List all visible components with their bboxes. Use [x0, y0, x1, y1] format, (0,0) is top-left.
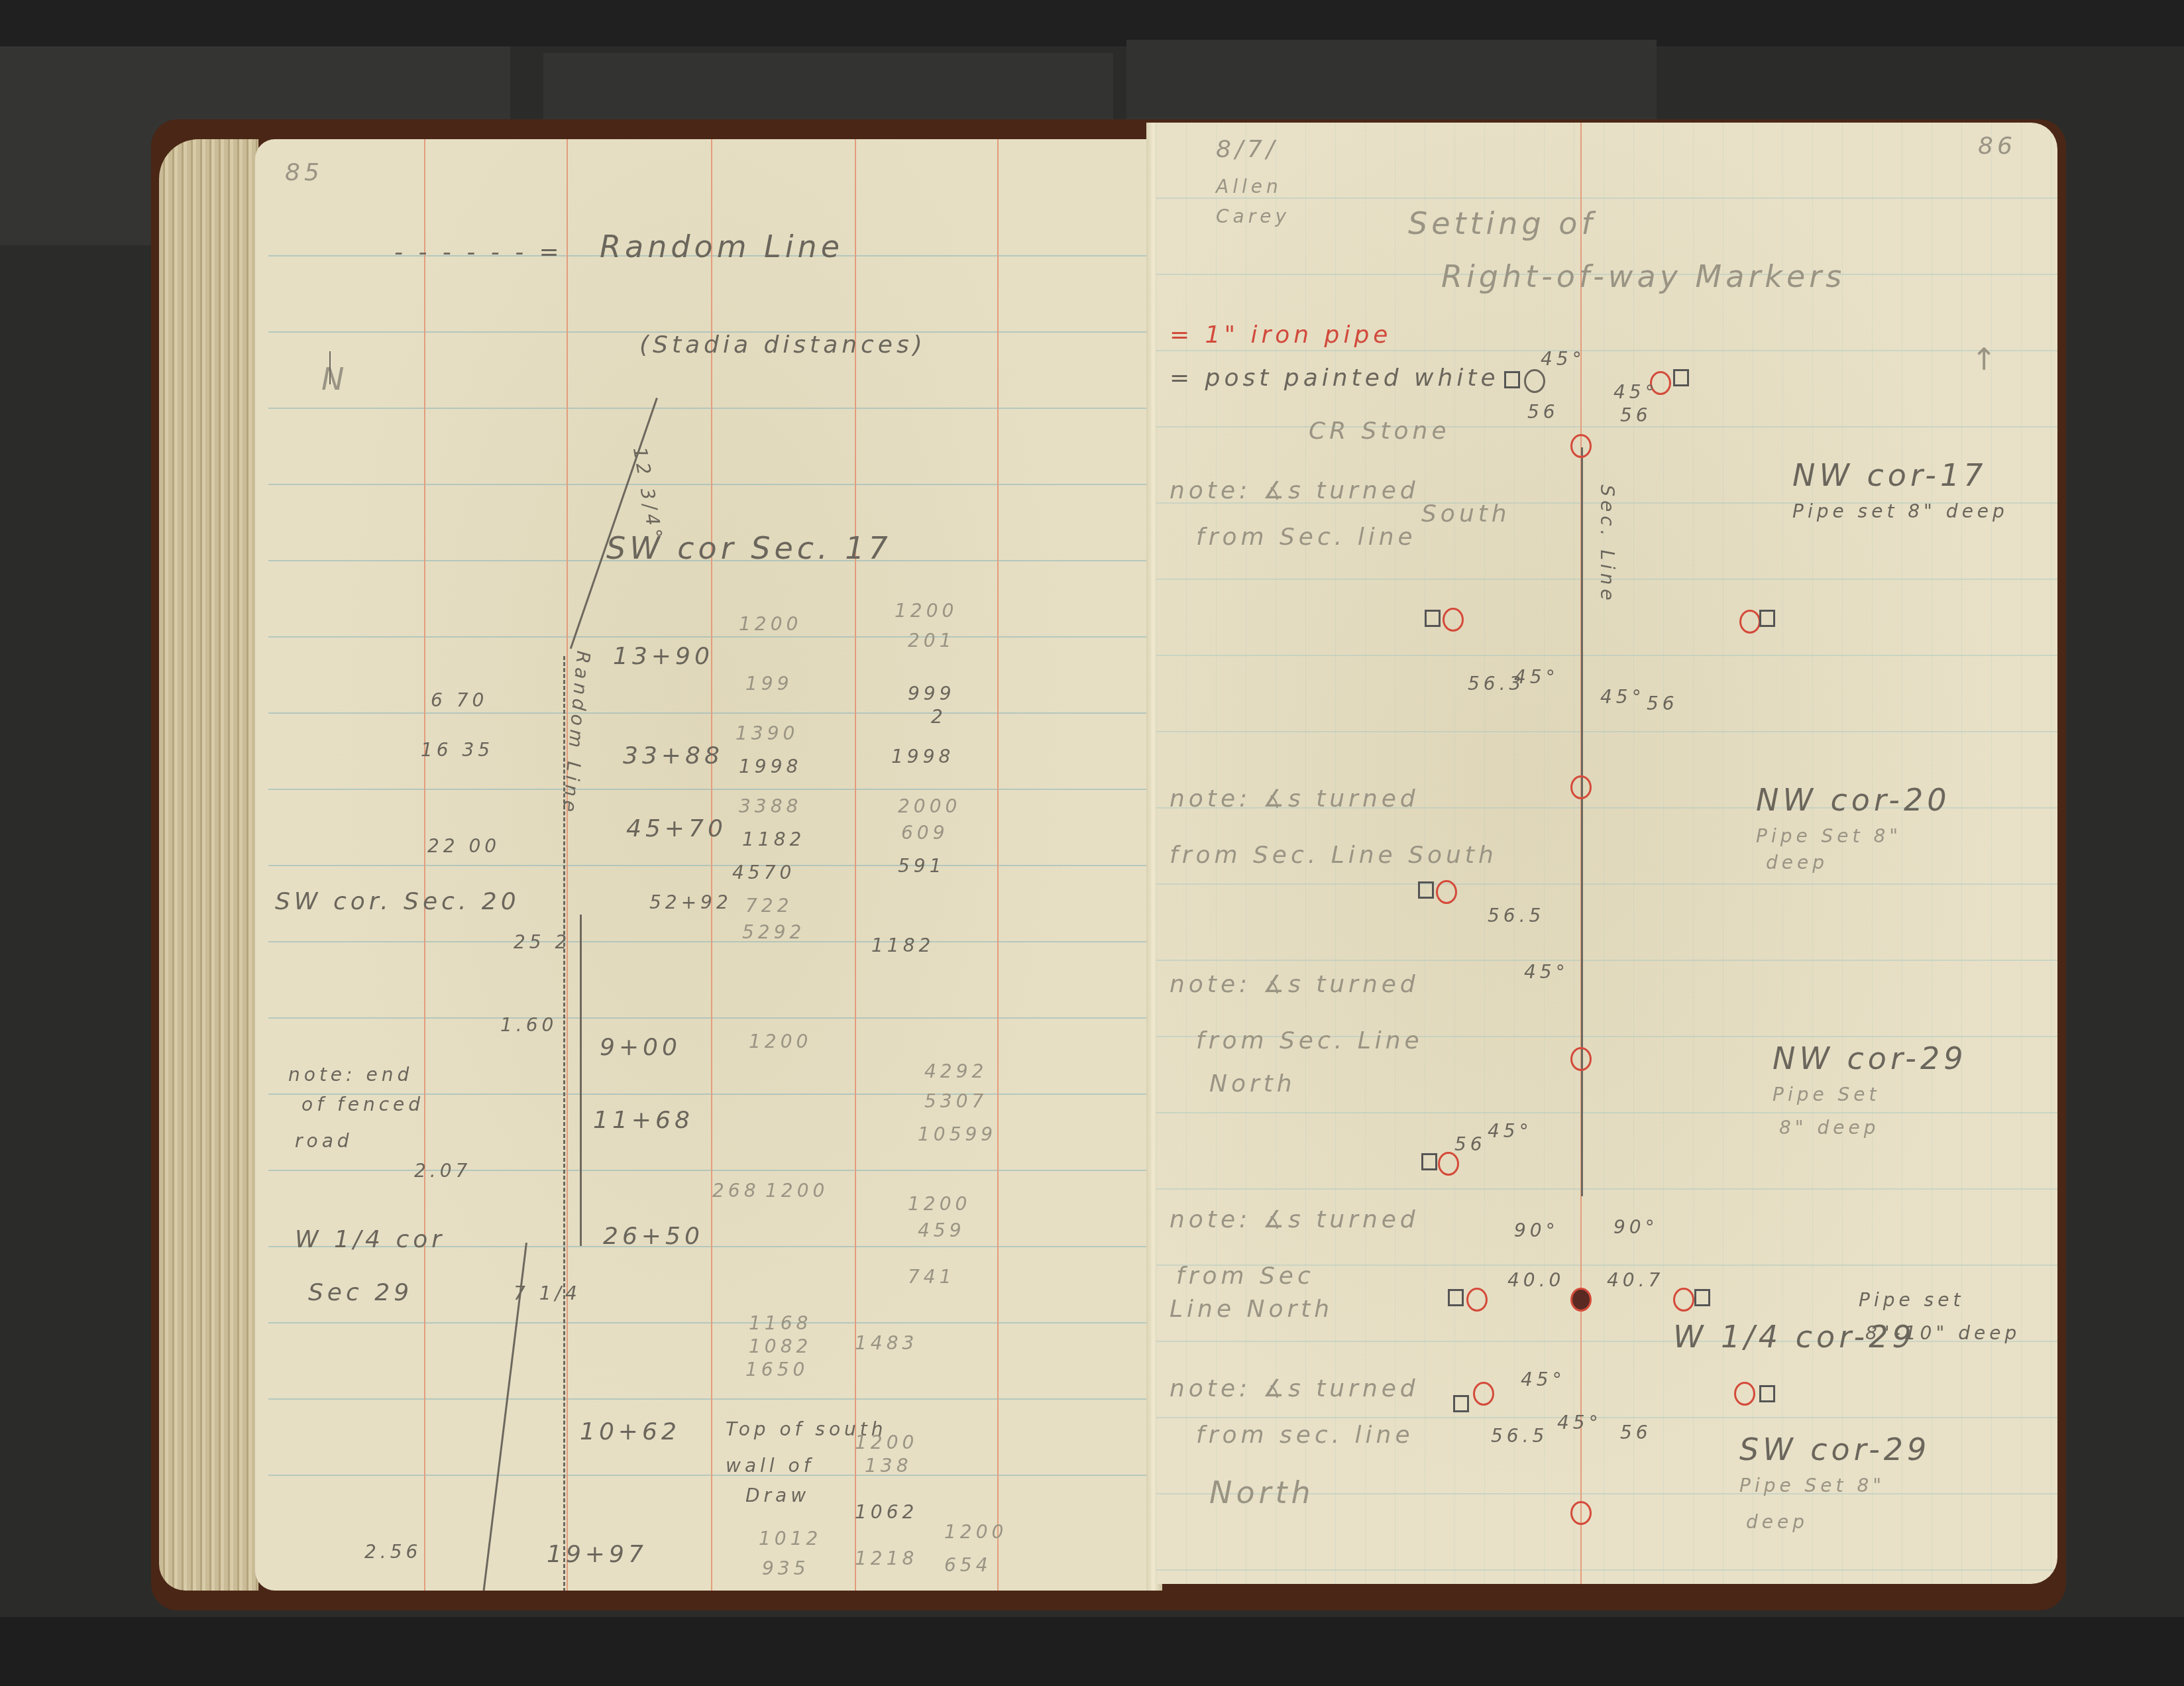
side-note: from sec. line: [1196, 1422, 1414, 1449]
iron-pipe-marker-icon: [1673, 1288, 1694, 1312]
corner-note: deep: [1746, 1511, 1808, 1533]
computation: 4292: [924, 1060, 987, 1082]
ruling-line: [268, 712, 1150, 714]
side-note: North: [1209, 1070, 1296, 1097]
post-marker-icon: [1421, 1153, 1437, 1170]
column-rule: [997, 139, 999, 1591]
angle-label: 45°: [1541, 348, 1586, 370]
computation: 935: [762, 1557, 809, 1579]
ruling-line: [268, 408, 1150, 409]
north-arrow-label: N: [321, 361, 348, 397]
side-note: from Sec. Line: [1196, 1027, 1423, 1054]
offset-value: 2.56: [364, 1541, 421, 1563]
sw-cor-sec-17-label: SW cor Sec. 17: [606, 530, 892, 566]
corner-note: deep: [1766, 852, 1828, 873]
distance-label: 56: [1620, 1422, 1652, 1443]
legend-post-painted: = post painted white: [1170, 365, 1500, 392]
post-marker-icon: [1448, 1289, 1464, 1306]
computation: 1200: [944, 1521, 1007, 1543]
offset-value: 6 70: [431, 689, 488, 711]
post-marker-icon: [1673, 369, 1689, 386]
background-top-band: [0, 0, 2184, 46]
side-note: note: ∡s turned: [1170, 1206, 1419, 1233]
header-title: Setting of: [1408, 205, 1596, 241]
ruling-line: [268, 1398, 1150, 1400]
corner-pipe-icon: [1570, 775, 1592, 799]
station-26-50: 26+50: [603, 1223, 704, 1250]
side-note: note: ∡s turned: [1170, 477, 1419, 504]
corner-note: Pipe Set 8": [1756, 825, 1902, 847]
post-marker-icon: [1418, 881, 1434, 899]
note-fenced-road: note: end: [288, 1064, 413, 1086]
computation: 1998: [891, 746, 954, 767]
angle-label: 45°: [1488, 1120, 1533, 1142]
computation: 1200: [749, 1031, 812, 1052]
section-line-label: Sec. Line: [1596, 484, 1618, 604]
computation: 1168: [749, 1312, 812, 1334]
computation: 722: [745, 895, 792, 917]
sw-cor-sec-20-label: SW cor. Sec. 20: [275, 888, 520, 915]
distance-label: 56.5: [1491, 1425, 1548, 1447]
ruling-line: [268, 789, 1150, 790]
computation: 741: [908, 1266, 955, 1288]
legend-subtitle: (Stadia distances): [639, 331, 926, 359]
ruling-line: [268, 1475, 1150, 1476]
distance-label: 56.3: [1468, 673, 1525, 695]
corner-note: 8"-10" deep: [1865, 1322, 2020, 1344]
page-number: 86: [1978, 133, 2016, 160]
computation: 5292: [742, 921, 805, 943]
computation: 1200: [765, 1180, 828, 1202]
computation: 1483: [855, 1332, 918, 1354]
iron-pipe-marker-icon: [1436, 880, 1457, 904]
drawing-note: wall of: [726, 1455, 814, 1477]
iron-pipe-marker-icon: [1443, 608, 1464, 632]
angle-label: 90°: [1613, 1216, 1659, 1238]
side-note: Line North: [1170, 1296, 1333, 1323]
computation: 138: [865, 1455, 912, 1477]
iron-pipe-marker-icon: [1734, 1382, 1755, 1406]
header-title: Right-of-way Markers: [1441, 258, 1845, 294]
post-marker-icon: [1694, 1289, 1710, 1306]
corner-note: Pipe Set 8": [1739, 1475, 1885, 1496]
background-tray-right: [1126, 40, 1657, 133]
corner-name: NW cor-17: [1792, 457, 1987, 493]
computation: 1200: [908, 1193, 971, 1215]
angle-label: 45°: [1557, 1412, 1602, 1433]
note-fenced-road: of fenced: [301, 1094, 424, 1115]
post-marker-icon: [1453, 1395, 1469, 1412]
angle-label: 45°: [1521, 1369, 1566, 1390]
computation: 591: [898, 855, 945, 877]
computation: 10599: [918, 1123, 997, 1145]
side-note: South: [1421, 500, 1511, 528]
note-fenced-road: road: [295, 1130, 353, 1152]
station-52-92: 52+92: [649, 891, 732, 913]
ruling-line: [268, 1322, 1150, 1323]
ruling-line: [268, 865, 1150, 866]
north-arrow-icon: ↑: [1971, 341, 2001, 377]
offset-value: 1.60: [500, 1014, 557, 1036]
iron-pipe-marker-icon: [1524, 369, 1545, 393]
iron-pipe-marker-icon: [1739, 610, 1761, 634]
background-lower: [0, 1617, 2184, 1686]
iron-pipe-marker-icon: [1473, 1382, 1494, 1406]
distance-label: 56.5: [1488, 905, 1545, 927]
corner-note: Pipe Set: [1773, 1084, 1881, 1105]
computation: 3388: [739, 795, 802, 817]
north-arrow-icon: [329, 351, 331, 384]
computation: 609: [901, 822, 948, 844]
section-line-sketch: [580, 915, 582, 1246]
computation: 1062: [855, 1501, 918, 1523]
computation: 1200: [739, 613, 802, 635]
corner-note: Pipe set: [1859, 1289, 1964, 1311]
stone-label: CR Stone: [1309, 418, 1450, 445]
offset-252: 25 2: [514, 931, 571, 953]
header-name: Allen: [1216, 176, 1282, 197]
corner-pipe-icon: [1570, 1047, 1592, 1071]
corner-pipe-icon: [1570, 1288, 1592, 1312]
computation: 1390: [736, 722, 798, 744]
section-line-pencil: [1581, 447, 1583, 1196]
computation: 654: [944, 1554, 991, 1576]
station-45-70: 45+70: [626, 815, 727, 842]
corner-name: SW cor-29: [1739, 1432, 1930, 1467]
distance-label: 40.7: [1607, 1269, 1664, 1291]
post-marker-icon: [1504, 371, 1520, 388]
corner-pipe-icon: [1570, 434, 1592, 458]
corner-name: NW cor-20: [1756, 782, 1950, 818]
side-note: from Sec. Line South: [1170, 842, 1498, 869]
column-rule: [567, 139, 568, 1591]
column-rule: [424, 139, 425, 1591]
side-note: note: ∡s turned: [1170, 1375, 1419, 1402]
w-quarter-cor-label: Sec 29: [308, 1279, 413, 1306]
distance-label: 56: [1620, 404, 1652, 426]
computation: 199: [745, 673, 792, 695]
post-marker-icon: [1759, 610, 1775, 627]
side-note: from Sec. line: [1196, 524, 1417, 551]
distance-label: 40.0: [1507, 1269, 1564, 1291]
iron-pipe-marker-icon: [1466, 1288, 1488, 1312]
corner-pipe-icon: [1570, 1501, 1592, 1525]
offset-value: 16 35: [421, 739, 494, 761]
computation: 1082: [749, 1335, 812, 1357]
angle-label: 45°: [1524, 961, 1569, 983]
corner-note: Pipe set 8" deep: [1792, 500, 2008, 522]
corner-name: NW cor-29: [1773, 1040, 1967, 1076]
station-13-90: 13+90: [613, 643, 714, 670]
station-33-88: 33+88: [623, 742, 724, 769]
computation: 1182: [742, 828, 805, 850]
side-note: note: ∡s turned: [1170, 785, 1419, 813]
page-number: 85: [285, 159, 323, 186]
right-page: 86 8/7/ Allen Carey Setting of Right-of-…: [1156, 123, 2057, 1584]
computation: 268: [712, 1180, 759, 1202]
angle-label: 90°: [1514, 1219, 1559, 1241]
ruling-line: [268, 1017, 1150, 1019]
side-note: note: ∡s turned: [1170, 971, 1419, 998]
angle-label: 45°: [1600, 686, 1645, 708]
ruling-line: [268, 636, 1150, 638]
corner-note: 8" deep: [1779, 1117, 1880, 1139]
post-marker-icon: [1759, 1385, 1775, 1402]
angle-label: 45°: [1613, 381, 1659, 403]
computation: 5307: [924, 1090, 987, 1112]
computation: 2000: [898, 795, 961, 817]
distance-label: 56: [1647, 693, 1678, 714]
ruling-line: [268, 941, 1150, 942]
station-9-00: 9+00: [600, 1034, 681, 1061]
page-edge-stack: [159, 139, 258, 1591]
computation: 1650: [745, 1359, 808, 1380]
computation: 2: [931, 706, 947, 728]
computation: 999: [908, 683, 955, 704]
ruling-line: [268, 484, 1150, 485]
post-marker-icon: [1425, 610, 1441, 627]
offset-value: 22 00: [427, 835, 500, 857]
w-quarter-cor-label: W 1/4 cor: [295, 1226, 445, 1253]
distance-label: 56: [1527, 401, 1559, 423]
ruling-line: [268, 1170, 1150, 1171]
legend-iron-pipe: = 1" iron pipe: [1170, 321, 1392, 349]
computation: 1012: [759, 1528, 822, 1549]
iron-pipe-marker-icon: [1438, 1152, 1459, 1176]
legend-title: Random Line: [600, 229, 844, 264]
offset-value: 2.07: [414, 1160, 471, 1182]
computation: 1200: [895, 600, 957, 622]
left-page: 85 - - - - - - = Random Line (Stadia dis…: [255, 139, 1150, 1591]
computation: 201: [908, 630, 955, 651]
computation: 4570: [732, 862, 795, 883]
station-10-62: 10+62: [580, 1418, 681, 1445]
station-11-68: 11+68: [593, 1107, 694, 1134]
drawing-note: Top of south: [726, 1418, 887, 1440]
legend-dash-symbol: - - - - - - =: [394, 239, 563, 266]
side-note: North: [1209, 1475, 1315, 1510]
distance-label: 56: [1454, 1133, 1486, 1155]
header-date: 8/7/: [1216, 136, 1278, 163]
bearing-label: 12 3/4°: [629, 445, 667, 544]
computation: 459: [918, 1219, 965, 1241]
w-quarter-offset: 7 1/4: [514, 1282, 581, 1304]
computation: 1218: [855, 1547, 918, 1569]
station-19-97: 19+97: [547, 1541, 647, 1568]
side-note: from Sec: [1176, 1263, 1315, 1290]
computation: 1998: [739, 756, 802, 777]
header-name: Carey: [1216, 205, 1290, 227]
computation: 1182: [871, 934, 934, 956]
drawing-note: Draw: [745, 1485, 810, 1506]
